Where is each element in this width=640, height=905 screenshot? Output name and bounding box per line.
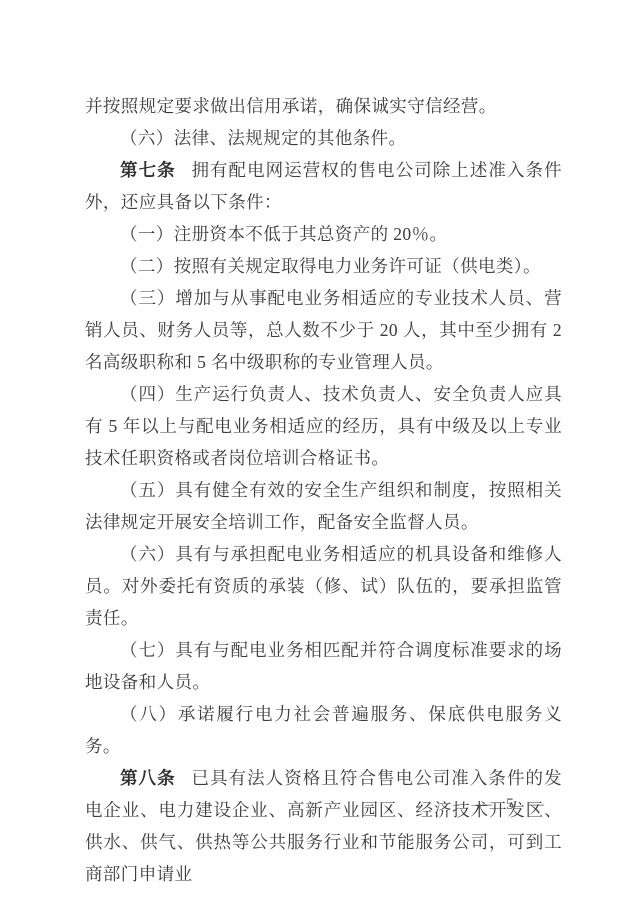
paragraph: （二）按照有关规定取得电力业务许可证（供电类）。	[85, 250, 562, 282]
paragraph: （六）法律、法规规定的其他条件。	[85, 122, 562, 154]
document-page: 并按照规定要求做出信用承诺，确保诚实守信经营。（六）法律、法规规定的其他条件。第…	[0, 0, 640, 905]
paragraph: （四）生产运行负责人、技术负责人、安全负责人应具有 5 年以上与配电业务相适应的…	[85, 378, 562, 474]
paragraph: （一）注册资本不低于其总资产的 20％。	[85, 218, 562, 250]
document-body: 并按照规定要求做出信用承诺，确保诚实守信经营。（六）法律、法规规定的其他条件。第…	[85, 90, 562, 890]
paragraph: （七）具有与配电业务相匹配并符合调度标准要求的场地设备和人员。	[85, 634, 562, 698]
paragraph: 第八条已具有法人资格且符合售电公司准入条件的发电企业、电力建设企业、高新产业园区…	[85, 762, 562, 890]
paragraph: 并按照规定要求做出信用承诺，确保诚实守信经营。	[85, 90, 562, 122]
paragraph: （五）具有健全有效的安全生产组织和制度，按照相关法律规定开展安全培训工作，配备安…	[85, 474, 562, 538]
paragraph: （三）增加与从事配电业务相适应的专业技术人员、营销人员、财务人员等，总人数不少于…	[85, 282, 562, 378]
paragraph: （八）承诺履行电力社会普遍服务、保底供电服务义务。	[85, 698, 562, 762]
paragraph: 第七条拥有配电网运营权的售电公司除上述准入条件外，还应具备以下条件：	[85, 154, 562, 218]
page-number: — 5 —	[476, 796, 545, 814]
article-number: 第八条	[120, 768, 176, 788]
paragraph: （六）具有与承担配电业务相适应的机具设备和维修人员。对外委托有资质的承装（修、试…	[85, 538, 562, 634]
article-number: 第七条	[120, 160, 176, 180]
